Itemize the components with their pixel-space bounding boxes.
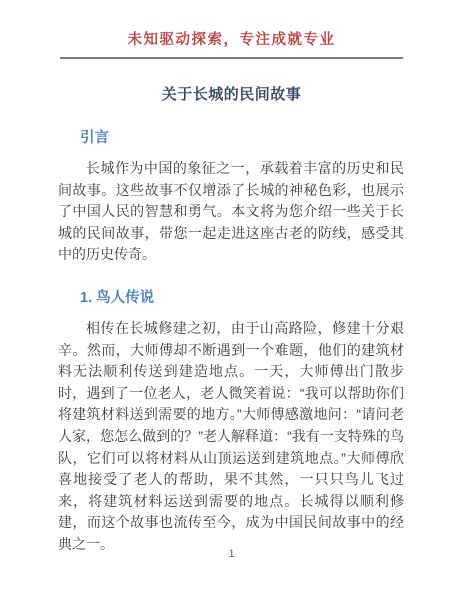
section-heading-intro: 引言 — [80, 126, 403, 147]
page-number: 1 — [0, 548, 463, 560]
document-title: 关于长城的民间故事 — [0, 83, 463, 104]
section-paragraph-intro: 长城作为中国的象征之一，承载着丰富的历史和民间故事。这些故事不仅增添了长城的神秘… — [58, 158, 404, 266]
page-header-slogan: 未知驱动探索，专注成就专业 — [0, 28, 463, 49]
header-divider — [60, 57, 403, 59]
section-heading-birdman-legend: 1. 鸟人传说 — [80, 286, 403, 307]
document-page: 未知驱动探索，专注成就专业 关于长城的民间故事 引言 长城作为中国的象征之一，承… — [0, 0, 463, 600]
section-paragraph-birdman-legend: 相传在长城修建之初，由于山高路险，修建十分艰辛。然而，大师傅却不断遇到一个难题，… — [58, 318, 404, 556]
